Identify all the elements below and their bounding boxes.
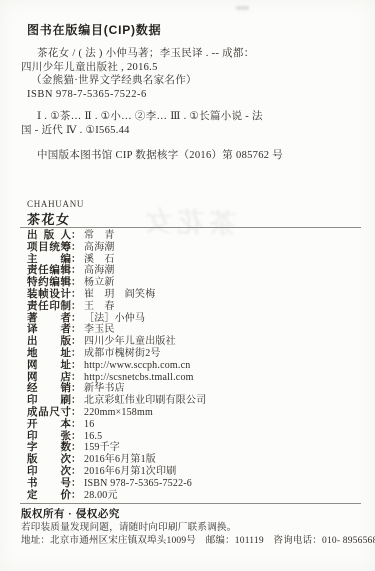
colophon-colon: ： <box>71 490 84 502</box>
colophon-value: 220mm×158mm <box>84 407 153 419</box>
colophon-row: 责任编辑：高海潮 <box>27 265 362 277</box>
footer-rule <box>20 503 361 504</box>
colophon-label: 成品尺寸 <box>27 407 71 419</box>
cip-record-line: 茶花女 / ( 法 ) 小仲马著；李玉民译 . -- 成都： <box>21 47 255 61</box>
colophon-value: 16.5 <box>84 431 102 443</box>
colophon-row: 经销：新华书店 <box>27 383 362 395</box>
cip-class-line: Ⅰ . ①茶… Ⅱ . ①小… ②李… Ⅲ . ①长篇小说 - 法 <box>21 110 263 124</box>
colophon-colon: ： <box>71 254 84 266</box>
colophon-colon: ： <box>71 383 84 395</box>
colophon-row: 装帧设计：崔 玥 阎笑梅 <box>27 289 362 301</box>
colophon-value: 2016年6月第1版 <box>84 454 156 466</box>
title-rule <box>20 227 361 228</box>
colophon-value: 李玉民 <box>84 324 115 336</box>
colophon-colon: ： <box>71 230 84 242</box>
cip-record-block: 茶花女 / ( 法 ) 小仲马著；李玉民译 . -- 成都： 四川少年儿童出版社… <box>21 47 255 101</box>
colophon-row: 字数：159千字 <box>27 442 362 454</box>
colophon-row: 书号：ISBN 978-7-5365-7522-6 <box>27 478 362 490</box>
colophon-value: 杨立新 <box>84 277 115 289</box>
book-title-pinyin: CHAHUANU <box>27 199 84 209</box>
colophon-value: 159千字 <box>84 442 120 454</box>
colophon-row: 网店：http://scsnetcbs.tmall.com <box>27 372 362 384</box>
colophon-colon: ： <box>71 360 84 372</box>
colophon-row: 开本：16 <box>27 419 362 431</box>
printer-contact-line: 地址：北京市通州区宋庄镇双埠头1009号 邮编：101119 咨询电话：010-… <box>21 532 375 546</box>
colophon-colon: ： <box>71 348 84 360</box>
colophon-colon: ： <box>71 419 84 431</box>
colophon-label: 定价 <box>27 490 71 502</box>
cip-class-line: 国 - 近代 Ⅳ . ①I565.44 <box>21 124 263 138</box>
colophon-row: 著者：［法］小仲马 <box>27 313 362 325</box>
colophon-colon: ： <box>71 431 84 443</box>
cip-record-line: 四川少年儿童出版社 , 2016.5 <box>21 61 255 75</box>
colophon-row: 主编：溪 石 <box>27 254 362 266</box>
colophon-value: 王 春 <box>84 301 115 313</box>
colophon-row: 地址：成都市槐树街2号 <box>27 348 362 360</box>
cip-copyright-page: 图书在版编目(CIP)数据 茶花女 / ( 法 ) 小仲马著；李玉民译 . --… <box>0 0 375 571</box>
colophon-colon: ： <box>71 466 84 478</box>
colophon-value: http://www.sccph.com.cn <box>84 360 190 372</box>
colophon-value: 四川少年儿童出版社 <box>84 336 176 348</box>
colophon-value: ［法］小仲马 <box>84 313 145 325</box>
colophon-label: 网址 <box>27 360 71 372</box>
colophon-value: 北京彩虹伟业印刷有限公司 <box>84 395 206 407</box>
colophon-colon: ： <box>71 372 84 384</box>
colophon-value: 28.00元 <box>84 490 118 502</box>
colophon-colon: ： <box>71 301 84 313</box>
colophon-colon: ： <box>71 324 84 336</box>
colophon-row: 印张：16.5 <box>27 431 362 443</box>
colophon-colon: ： <box>71 265 84 277</box>
colophon-colon: ： <box>71 289 84 301</box>
colophon-label: 书号 <box>27 478 71 490</box>
colophon-value: 高海潮 <box>84 265 115 277</box>
colophon-label: 印次 <box>27 466 71 478</box>
colophon-row: 出版人：常 青 <box>27 230 362 242</box>
colophon-row: 定价：28.00元 <box>27 490 362 502</box>
scan-artifact-speck <box>236 6 249 10</box>
colophon-value: 溪 石 <box>84 254 115 266</box>
colophon-value: 高海潮 <box>84 242 115 254</box>
colophon-colon: ： <box>71 395 84 407</box>
colophon-colon: ： <box>71 336 84 348</box>
colophon-value: 崔 玥 阎笑梅 <box>84 289 155 301</box>
colophon-label: 项目统筹 <box>27 242 71 254</box>
colophon-label: 地址 <box>27 348 71 360</box>
colophon-value: http://scsnetcbs.tmall.com <box>84 372 194 384</box>
colophon-label: 装帧设计 <box>27 289 71 301</box>
colophon-label: 责任印制 <box>27 301 71 313</box>
cip-series-line: （金熊猫·世界文学经典名家名作） <box>21 74 255 88</box>
colophon-list: 出版人：常 青 项目统筹：高海潮 主编：溪 石 责任编辑：高海潮 特约编辑：杨立… <box>27 230 362 501</box>
colophon-row: 成品尺寸：220mm×158mm <box>27 407 362 419</box>
colophon-row: 印刷：北京彩虹伟业印刷有限公司 <box>27 395 362 407</box>
colophon-row: 印次：2016年6月第1次印刷 <box>27 466 362 478</box>
colophon-value: 16 <box>84 419 94 431</box>
colophon-label: 开本 <box>27 419 71 431</box>
colophon-row: 网址：http://www.sccph.com.cn <box>27 360 362 372</box>
colophon-value: ISBN 978-7-5365-7522-6 <box>84 478 192 490</box>
colophon-row: 项目统筹：高海潮 <box>27 242 362 254</box>
cip-heading: 图书在版编目(CIP)数据 <box>27 21 161 38</box>
colophon-colon: ： <box>71 454 84 466</box>
cip-isbn-line: ISBN 978-7-5365-7522-6 <box>21 88 255 102</box>
cip-classification-block: Ⅰ . ①茶… Ⅱ . ①小… ②李… Ⅲ . ①长篇小说 - 法 国 - 近代… <box>21 110 263 137</box>
colophon-colon: ： <box>71 277 84 289</box>
colophon-value: 新华书店 <box>84 383 125 395</box>
colophon-value: 常 青 <box>84 230 115 242</box>
colophon-row: 出版：四川少年儿童出版社 <box>27 336 362 348</box>
colophon-colon: ： <box>71 407 84 419</box>
colophon-colon: ： <box>71 242 84 254</box>
colophon-row: 译者：李玉民 <box>27 324 362 336</box>
colophon-row: 版次：2016年6月第1版 <box>27 454 362 466</box>
colophon-colon: ： <box>71 478 84 490</box>
colophon-colon: ： <box>71 442 84 454</box>
colophon-colon: ： <box>71 313 84 325</box>
colophon-value: 2016年6月第1次印刷 <box>84 466 176 478</box>
colophon-row: 特约编辑：杨立新 <box>27 277 362 289</box>
book-title: 茶花女 <box>27 209 71 228</box>
colophon-row: 责任印制：王 春 <box>27 301 362 313</box>
cip-registry-line: 中国版本图书馆 CIP 数据核字（2016）第 085762 号 <box>37 147 283 162</box>
colophon-value: 成都市槐树街2号 <box>84 348 161 360</box>
